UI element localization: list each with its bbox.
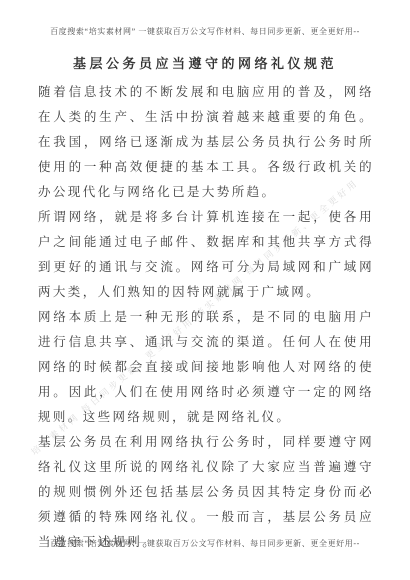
paragraph: 基层公务员在利用网络执行公务时，同样要遵守网络礼仪这里所说的网络礼仪除了大家应当… (38, 430, 374, 555)
header-note: 百度搜索“培实素材网” 一键获取百万公文写作材料、每日同步更新、更全更好用-- (20, 26, 390, 37)
document-title: 基层公务员应当遵守的网络礼仪规范 (0, 53, 410, 72)
footer-note: 百度搜索“培实素材网” 一键获取百万公文写作材料、每日同步更新、更全更好用-- (20, 538, 390, 549)
paragraph: 随着信息技术的不断发展和电脑应用的普及，网络在人类的生产、生活中扮演着越来越重要… (38, 80, 374, 205)
document-page: 百度搜索“培实素材网” 一键获取百万公文写作材料、每日同步更新、更全更好用-- … (0, 0, 410, 580)
document-body: 随着信息技术的不断发展和电脑应用的普及，网络在人类的生产、生活中扮演着越来越重要… (38, 80, 374, 555)
paragraph: 网络本质上是一种无形的联系，是不同的电脑用户进行信息共享、通讯与交流的渠道。任何… (38, 305, 374, 430)
paragraph: 所谓网络，就是将多台计算机连接在一起，使各用户之间能通过电子邮件、数据库和其他共… (38, 205, 374, 305)
